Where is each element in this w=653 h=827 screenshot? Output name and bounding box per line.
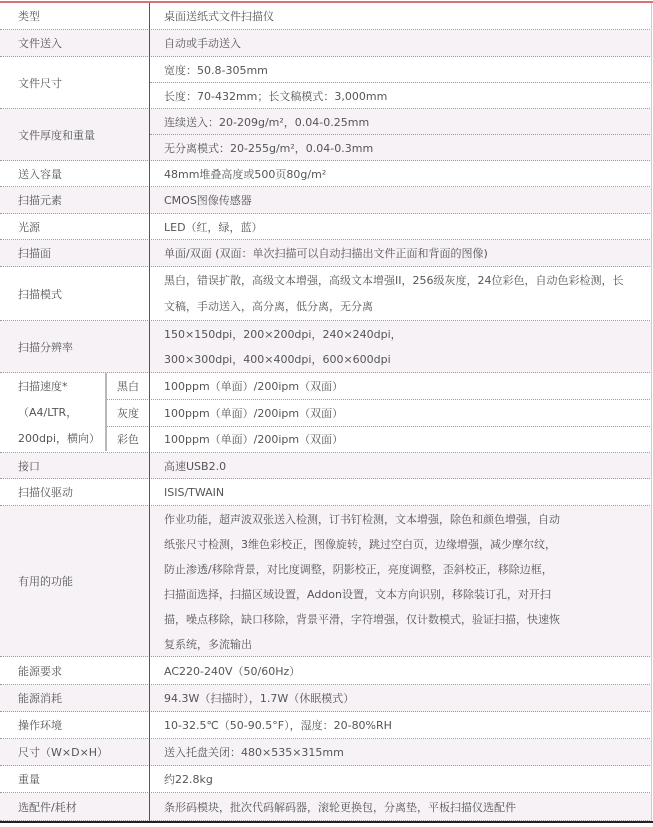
speed-mode-label: 灰度	[107, 399, 149, 426]
spec-value: 48mm堆叠高度或500页80g/m²	[164, 161, 646, 186]
spec-row-driver: 扫描仪驱动 ISIS/TWAIN	[0, 479, 652, 506]
spec-row-doc-size: 文件尺寸 宽度：50.8-305mm 长度：70-432mm；长文稿模式：3,0…	[0, 57, 652, 109]
spec-label: 操作环境	[18, 712, 143, 738]
spec-label: 尺寸（W×D×H）	[18, 739, 143, 765]
spec-value: 自动或手动送入	[164, 30, 646, 56]
spec-value: LED（红，绿，蓝）	[164, 214, 646, 239]
spec-label: 扫描模式	[18, 267, 143, 320]
spec-value: 100ppm（单面）/200ipm（双面）	[164, 399, 646, 426]
spec-label: 送入容量	[18, 161, 143, 186]
spec-value: 高速USB2.0	[164, 453, 646, 478]
spec-row-type: 类型 桌面送纸式文件扫描仪	[0, 3, 652, 30]
spec-row-interface: 接口 高速USB2.0	[0, 453, 652, 479]
spec-label: 选配件/耗材	[18, 793, 143, 820]
spec-label: 200dpi，横向）	[18, 425, 108, 451]
column-divider	[149, 3, 150, 821]
spec-label: 文件尺寸	[18, 57, 143, 108]
sub-divider	[107, 426, 652, 427]
spec-label: 类型	[18, 3, 143, 29]
spec-row-options: 选配件/耗材 条形码模块，批次代码解码器，滚轮更换包，分离垫，平板扫描仪选配件	[0, 793, 652, 821]
spec-label: 重量	[18, 766, 143, 792]
spec-value: CMOS图像传感器	[164, 187, 646, 213]
spec-label: 能源消耗	[18, 685, 143, 711]
spec-row-scan-mode: 扫描模式 黑白，错误扩散，高级文本增强，高级文本增强II，256级灰度，24位彩…	[0, 267, 652, 321]
speed-mode-label: 黑白	[107, 373, 149, 399]
spec-label: 接口	[18, 453, 143, 478]
spec-label: 扫描仪驱动	[18, 479, 143, 505]
spec-row-environment: 操作环境 10-32.5℃（50-90.5°F），湿度：20-80%RH	[0, 712, 652, 739]
spec-value: 文稿，手动送入，高分离，低分离，无分离	[164, 293, 646, 319]
spec-row-power-consumption: 能源消耗 94.3W（扫描时），1.7W（休眠模式）	[0, 685, 652, 712]
spec-value: ISIS/TWAIN	[164, 479, 646, 505]
spec-row-features: 有用的功能 作业功能，超声波双张送入检测，订书钉检测，文本增强，除色和颜色增强，…	[0, 506, 652, 657]
spec-label: 文件送入	[18, 30, 143, 56]
spec-value: 描，噪点移除，缺口移除，背景平滑，字符增强，仅计数模式，验证扫描，快速恢	[164, 606, 646, 631]
spec-value: 扫描面选择，扫描区域设置，Addon设置，文本方向识别，移除装订孔，对开扫	[164, 581, 646, 606]
spec-value: 复系统，多流输出	[164, 631, 646, 656]
spec-label: 光源	[18, 214, 143, 239]
sub-divider	[107, 399, 652, 400]
sub-divider	[150, 82, 652, 83]
spec-value: 94.3W（扫描时），1.7W（休眠模式）	[164, 685, 646, 711]
spec-label: 扫描面	[18, 240, 143, 266]
spec-value: 宽度：50.8-305mm	[164, 57, 646, 82]
right-border	[651, 3, 652, 822]
spec-label: 扫描分辨率	[18, 321, 143, 372]
spec-value: 作业功能，超声波双张送入检测，订书钉检测，文本增强，除色和颜色增强，自动	[164, 506, 646, 531]
bottom-rule	[0, 821, 653, 823]
spec-row-sensor: 扫描元素 CMOS图像传感器	[0, 187, 652, 214]
spec-value: 10-32.5℃（50-90.5°F），湿度：20-80%RH	[164, 712, 646, 738]
spec-value: AC220-240V（50/60Hz）	[164, 657, 646, 684]
sub-divider	[150, 134, 652, 135]
spec-value: 送入托盘关闭：480×535×315mm	[164, 739, 646, 765]
spec-row-thickness: 文件厚度和重量 连续送入：20-209g/m²，0.04-0.25mm 无分离模…	[0, 109, 652, 161]
spec-row-scan-speed: 扫描速度* （A4/LTR， 200dpi，横向） 黑白 灰度 彩色 100pp…	[0, 373, 652, 453]
spec-row-dimensions: 尺寸（W×D×H） 送入托盘关闭：480×535×315mm	[0, 739, 652, 766]
spec-value: 桌面送纸式文件扫描仪	[164, 3, 646, 29]
spec-row-resolution: 扫描分辨率 150×150dpi，200×200dpi，240×240dpi， …	[0, 321, 652, 373]
spec-label: 扫描速度*	[18, 373, 108, 399]
spec-row-power-req: 能源要求 AC220-240V（50/60Hz）	[0, 657, 652, 685]
top-rule	[0, 1, 653, 3]
spec-label: （A4/LTR，	[18, 399, 108, 425]
spec-value: 150×150dpi，200×200dpi，240×240dpi，	[164, 321, 646, 346]
spec-value: 300×300dpi，400×400dpi，600×600dpi	[164, 346, 646, 372]
spec-row-light-source: 光源 LED（红，绿，蓝）	[0, 214, 652, 240]
spec-value: 100ppm（单面）/200ipm（双面）	[164, 426, 646, 452]
spec-label: 扫描元素	[18, 187, 143, 213]
spec-value: 防止渗透/移除背景，对比度调整，阴影校正，亮度调整，歪斜校正，移除边框，	[164, 556, 646, 581]
spec-value: 纸张尺寸检测，3维色彩校正，图像旋转，跳过空白页，边缘增强，减少摩尔纹，	[164, 531, 646, 556]
spec-label: 文件厚度和重量	[18, 109, 143, 160]
spec-table: 类型 桌面送纸式文件扫描仪 文件送入 自动或手动送入 文件尺寸 宽度：50.8-…	[0, 0, 653, 827]
spec-value: 条形码模块，批次代码解码器，滚轮更换包，分离垫，平板扫描仪选配件	[164, 793, 646, 820]
spec-label: 能源要求	[18, 657, 143, 684]
spec-row-feed: 文件送入 自动或手动送入	[0, 30, 652, 57]
spec-value: 100ppm（单面）/200ipm（双面）	[164, 373, 646, 399]
spec-value: 长度：70-432mm；长文稿模式：3,000mm	[164, 83, 646, 108]
speed-mode-label: 彩色	[107, 426, 149, 452]
spec-row-weight: 重量 约22.8kg	[0, 766, 652, 793]
spec-value: 单面/双面 (双面：单次扫描可以自动扫描出文件正面和背面的图像)	[164, 240, 646, 266]
spec-row-scan-side: 扫描面 单面/双面 (双面：单次扫描可以自动扫描出文件正面和背面的图像)	[0, 240, 652, 267]
spec-value: 无分离模式：20-255g/m²，0.04-0.3mm	[164, 135, 646, 160]
spec-value: 黑白，错误扩散，高级文本增强，高级文本增强II，256级灰度，24位彩色，自动色…	[164, 267, 646, 293]
spec-value: 连续送入：20-209g/m²，0.04-0.25mm	[164, 109, 646, 134]
spec-row-capacity: 送入容量 48mm堆叠高度或500页80g/m²	[0, 161, 652, 187]
spec-label: 有用的功能	[18, 506, 143, 656]
spec-value: 约22.8kg	[164, 766, 646, 792]
